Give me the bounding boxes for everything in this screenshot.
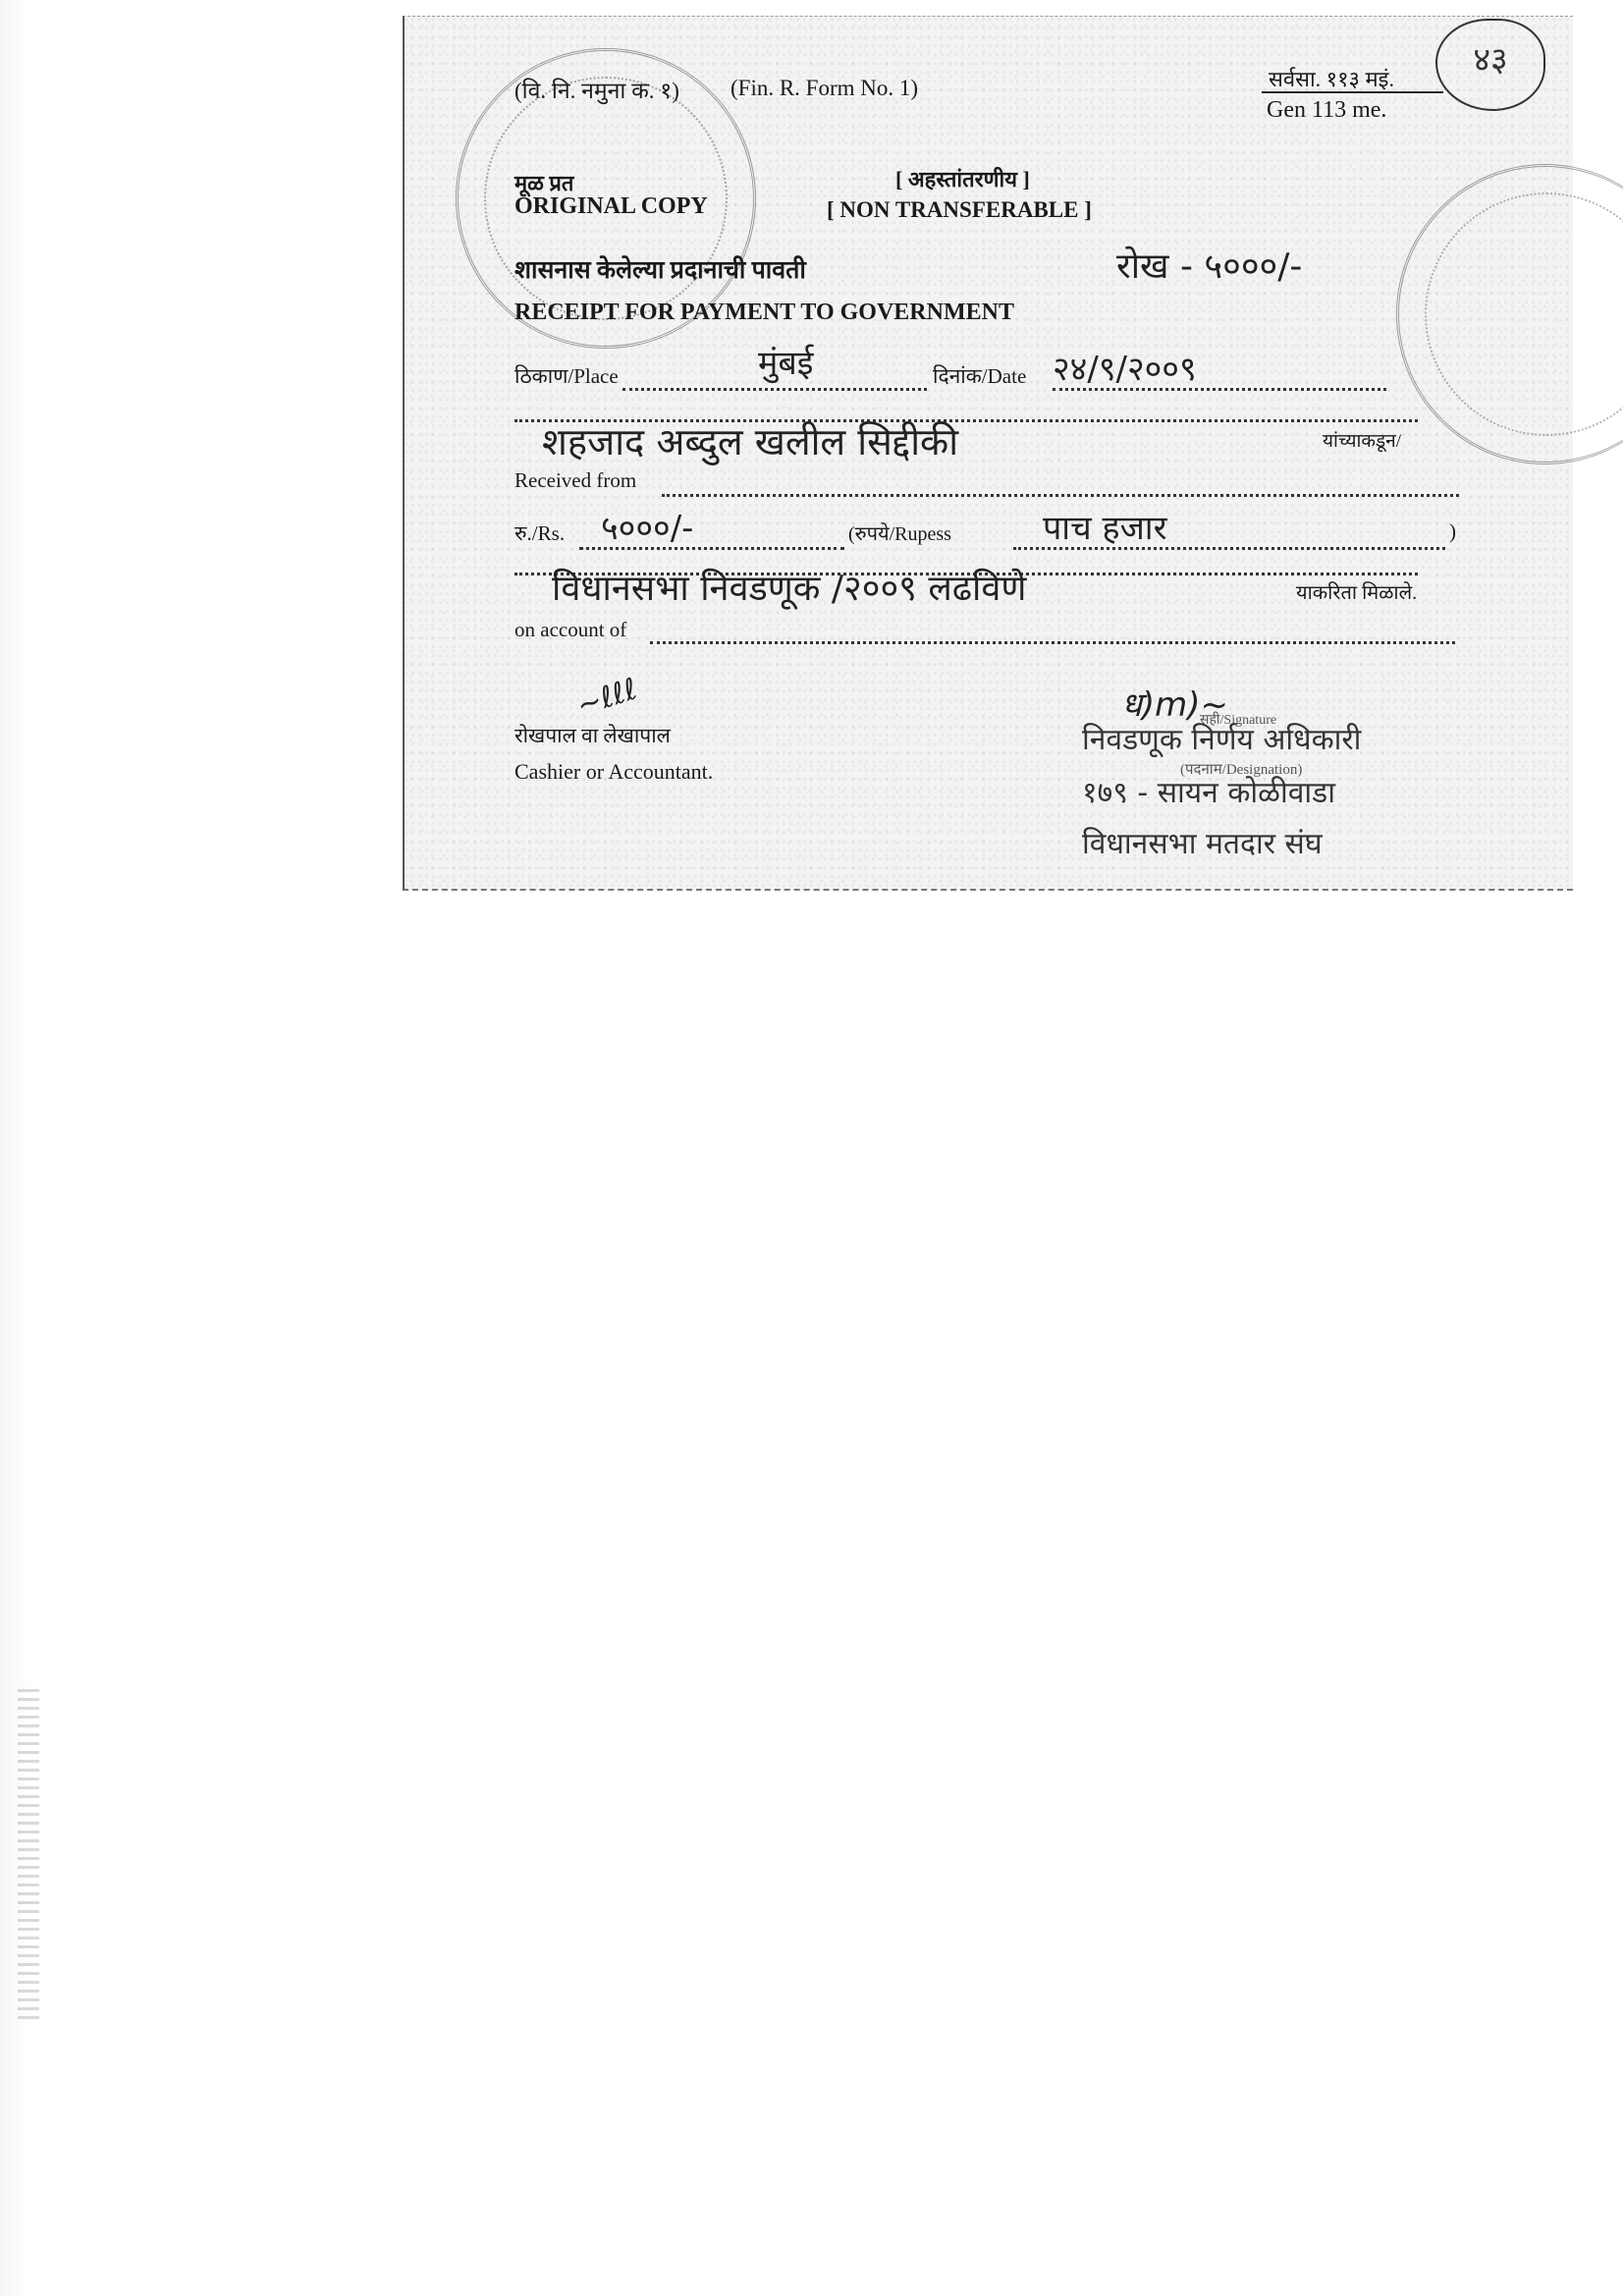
place-value: मुंबई	[758, 339, 813, 384]
transfer-english: [ NON TRANSFERABLE ]	[827, 197, 1092, 223]
date-value: २४/९/२००९	[1053, 345, 1197, 390]
officer-stamp-line3: विधानसभा मतदार संघ	[1082, 822, 1323, 862]
circled-page-number: ४३	[1435, 19, 1545, 111]
official-seal-right	[1396, 164, 1623, 465]
form-ref-english: (Fin. R. Form No. 1)	[730, 76, 918, 101]
payment-receipt: (वि. नि. नमुना क. १) (Fin. R. Form No. 1…	[403, 16, 1573, 891]
received-from-label-marathi: यांच्याकडून/	[1323, 427, 1401, 453]
place-dotted-line	[622, 388, 927, 391]
officer-stamp-line1: निवडणूक निर्णय अधिकारी	[1082, 718, 1361, 758]
copy-english: ORIGINAL COPY	[514, 193, 708, 220]
gen-ref-rule	[1262, 91, 1443, 93]
received-from-label: Received from	[514, 468, 636, 493]
rupees-close: )	[1449, 519, 1456, 544]
account-label-dotted-line	[650, 641, 1455, 644]
account-purpose: विधानसभा निवडणूक /२००९ लढविणे	[552, 563, 1026, 611]
cashier-label-marathi: रोखपाल वा लेखापाल	[514, 722, 671, 749]
scan-noise	[18, 1689, 39, 2023]
place-label: ठिकाण/Place	[514, 362, 619, 390]
received-from-dotted-line	[662, 494, 1459, 497]
rupees-in-words: पाच हजार	[1043, 504, 1167, 549]
cashier-signature: ~ℓℓℓ	[572, 672, 641, 724]
account-label-marathi: याकरिता मिळाले.	[1296, 578, 1417, 605]
account-label: on account of	[514, 618, 626, 642]
date-label: दिनांक/Date	[933, 362, 1026, 390]
amount-label: रु./Rs.	[514, 519, 565, 547]
form-ref-marathi: (वि. नि. नमुना क. १)	[514, 74, 679, 105]
gen-ref-marathi: सर्वसा. ११३ मइं.	[1269, 64, 1394, 93]
cashier-label-english: Cashier or Accountant.	[514, 759, 713, 785]
officer-stamp-line2: १७९ - सायन कोळीवाडा	[1082, 771, 1335, 811]
rupees-label: (रुपये/Rupess	[848, 519, 951, 546]
title-marathi: शासनास केलेल्या प्रदानाची पावती	[514, 252, 806, 286]
gen-ref-english: Gen 113 me.	[1267, 97, 1386, 124]
title-english: RECEIPT FOR PAYMENT TO GOVERNMENT	[514, 300, 1014, 326]
amount-value: ५०००/-	[601, 504, 693, 549]
transfer-marathi: [ अहस्तांतरणीय ]	[895, 164, 1030, 193]
cash-amount-note: रोख - ५०००/-	[1116, 241, 1302, 289]
payer-name: शहजाद अब्दुल खलील सिद्दीकी	[542, 415, 958, 466]
